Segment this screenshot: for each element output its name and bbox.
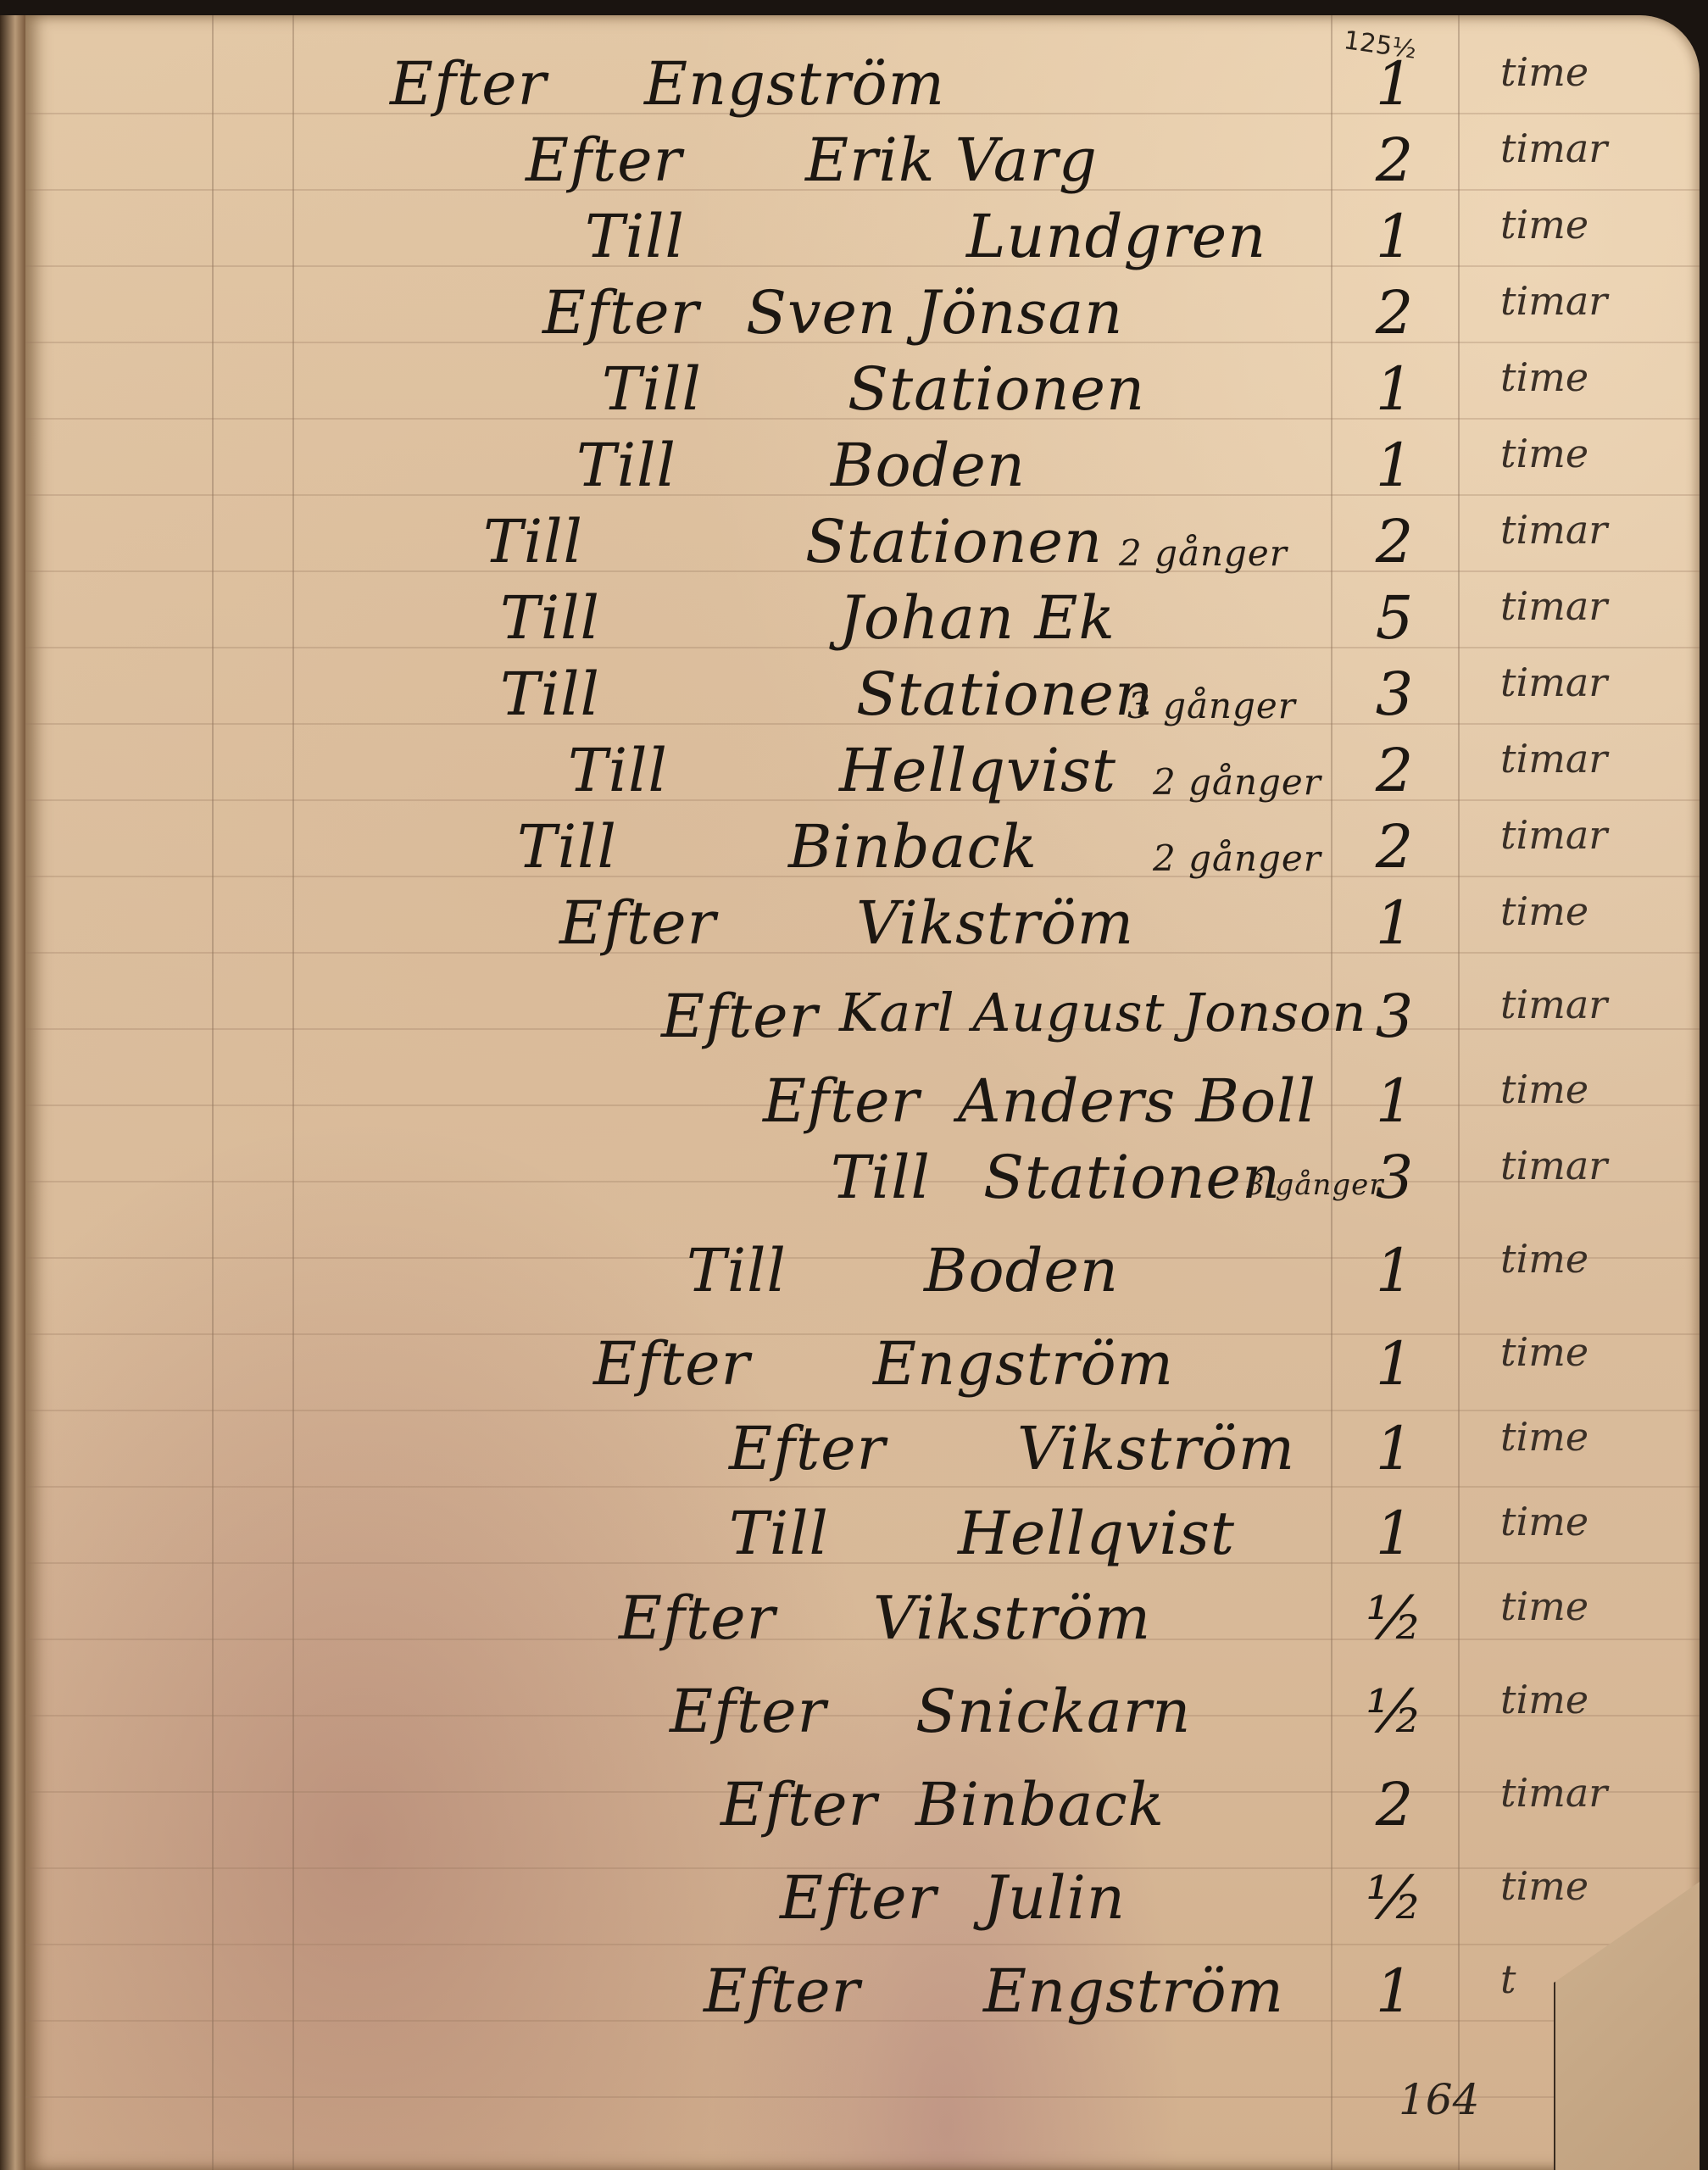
entry-unit: timar — [1500, 1770, 1607, 1816]
entry-place: Snickarn — [915, 1677, 1191, 1746]
entry-place: Binback — [788, 812, 1038, 882]
entry-place: Lundgren — [966, 202, 1266, 271]
entry-quantity: 1 — [1356, 49, 1433, 119]
entry-place: Binback — [915, 1770, 1165, 1839]
entry-times: 3 gånger — [1127, 685, 1296, 726]
entry-place: Stationen — [805, 507, 1103, 576]
entry-unit: timar — [1500, 507, 1607, 553]
entry-place: Vikström — [1017, 1414, 1295, 1483]
entry-verb: Till — [500, 583, 600, 653]
entry-quantity: 2 — [1356, 1770, 1433, 1839]
ledger-entry: Till Hellqvist 1 time — [25, 1499, 1700, 1575]
entry-quantity: 2 — [1356, 125, 1433, 195]
ledger-entry: Till Stationen 3 gånger 3 timar — [25, 659, 1700, 736]
entry-unit: time — [1500, 1329, 1588, 1375]
entry-quantity: 1 — [1356, 202, 1433, 271]
entry-place: Boden — [831, 431, 1026, 500]
entry-unit: time — [1500, 1677, 1588, 1722]
entry-verb: Efter — [661, 982, 818, 1051]
entry-verb: Efter — [526, 125, 682, 195]
entry-unit: time — [1500, 202, 1588, 248]
entry-place: Julin — [983, 1863, 1126, 1933]
entry-unit: time — [1500, 1863, 1588, 1909]
entry-place: Boden — [924, 1236, 1119, 1305]
ruled-line — [25, 1410, 1700, 1411]
entry-unit: timar — [1500, 812, 1607, 858]
entry-quantity: 3 — [1356, 659, 1433, 729]
entry-unit: time — [1500, 49, 1588, 95]
entry-unit: time — [1500, 431, 1588, 476]
entry-verb: Till — [517, 812, 617, 882]
ruled-line — [25, 1944, 1700, 1945]
entry-verb: Efter — [670, 1677, 826, 1746]
entry-unit: timar — [1500, 125, 1607, 171]
entry-place: Erik Varg — [805, 125, 1098, 195]
entry-place: Johan Ek — [839, 583, 1115, 653]
ledger-entry: Efter Julin ½ time — [25, 1863, 1700, 1939]
entry-verb: Efter — [619, 1583, 776, 1653]
entry-place: Sven Jönsan — [746, 278, 1123, 348]
entry-verb: Efter — [780, 1863, 937, 1933]
entry-unit: time — [1500, 1414, 1588, 1460]
ledger-entry: Till Lundgren 1 time — [25, 202, 1700, 278]
entry-verb: Till — [831, 1143, 931, 1212]
entry-quantity: ½ — [1356, 1677, 1433, 1746]
entry-place: Stationen — [983, 1143, 1281, 1212]
ledger-entry: Efter Vikström 1 time — [25, 1414, 1700, 1490]
ledger-entry: Till Boden 1 time — [25, 431, 1700, 507]
entry-place: Engström — [873, 1329, 1174, 1399]
ledger-entry: Efter Engström 1 time — [25, 1329, 1700, 1405]
ledger-entry: Efter Engström 1 time — [25, 49, 1700, 125]
entry-quantity: 1 — [1356, 1066, 1433, 1136]
entry-unit: timar — [1500, 982, 1607, 1027]
entry-times: 2 gånger — [1119, 532, 1288, 574]
entry-verb: Efter — [559, 888, 716, 958]
entry-place: Hellqvist — [839, 736, 1116, 805]
entry-verb: Efter — [763, 1066, 920, 1136]
entry-unit: timar — [1500, 1143, 1607, 1188]
entry-place: Engström — [644, 49, 945, 119]
ledger-entry: Till Johan Ek 5 timar — [25, 583, 1700, 659]
entry-unit: time — [1500, 1066, 1588, 1112]
ledger-entry: Till Binback 2 gånger 2 timar — [25, 812, 1700, 888]
entry-quantity: ½ — [1356, 1863, 1433, 1933]
entry-place: Karl August Jonson — [839, 982, 1366, 1043]
ledger-entry: Till Stationen 2 gånger 2 timar — [25, 507, 1700, 583]
ledger-entry: Efter Binback 2 timar — [25, 1770, 1700, 1846]
entry-quantity: 3 — [1356, 982, 1433, 1051]
entry-unit: time — [1500, 1583, 1588, 1629]
ledger-entry: Till Hellqvist 2 gånger 2 timar — [25, 736, 1700, 812]
entry-verb: Till — [568, 736, 668, 805]
entry-quantity: 1 — [1356, 1956, 1433, 2026]
entry-place: Anders Boll — [958, 1066, 1316, 1136]
entry-quantity: 2 — [1356, 278, 1433, 348]
entry-quantity: ½ — [1356, 1583, 1433, 1653]
entry-verb: Efter — [704, 1956, 860, 2026]
ledger-entry: Till Boden 1 time — [25, 1236, 1700, 1312]
book-spine — [0, 15, 25, 2170]
ledger-entry: Efter Snickarn ½ time — [25, 1677, 1700, 1753]
final-total: 164 — [1399, 2075, 1479, 2124]
ledger-page: 125½ Efter Engström 1 time Efter Erik Va… — [25, 15, 1700, 2170]
entry-quantity: 1 — [1356, 431, 1433, 500]
entry-quantity: 1 — [1356, 1414, 1433, 1483]
entry-verb: Efter — [729, 1414, 886, 1483]
entry-unit: timar — [1500, 736, 1607, 782]
entry-quantity: 1 — [1356, 1499, 1433, 1568]
ledger-entry: Till Stationen 3 gånger 3 timar — [25, 1143, 1700, 1219]
ledger-entry: Efter Engström 1 t — [25, 1956, 1700, 2033]
ledger-entry: Efter Vikström 1 time — [25, 888, 1700, 965]
ledger-entry: Efter Erik Varg 2 timar — [25, 125, 1700, 202]
entry-unit: timar — [1500, 583, 1607, 629]
entry-place: Stationen — [848, 354, 1145, 424]
entry-place: Stationen — [856, 659, 1154, 729]
entry-verb: Efter — [593, 1329, 750, 1399]
entry-verb: Till — [602, 354, 702, 424]
entry-quantity: 1 — [1356, 1236, 1433, 1305]
entry-verb: Efter — [390, 49, 547, 119]
ledger-entry: Efter Karl August Jonson 3 timar — [25, 982, 1700, 1058]
entry-place: Vikström — [873, 1583, 1151, 1653]
ledger-entry: Efter Anders Boll 1 time — [25, 1066, 1700, 1143]
entry-quantity: 2 — [1356, 736, 1433, 805]
ledger-entry: Till Stationen 1 time — [25, 354, 1700, 431]
entry-place: Vikström — [856, 888, 1134, 958]
entry-verb: Till — [576, 431, 676, 500]
entry-verb: Till — [687, 1236, 787, 1305]
entry-times: 2 gånger — [1153, 761, 1321, 803]
entry-verb: Till — [729, 1499, 829, 1568]
entry-quantity: 5 — [1356, 583, 1433, 653]
entry-quantity: 2 — [1356, 507, 1433, 576]
entry-verb: Till — [483, 507, 583, 576]
entry-quantity: 1 — [1356, 354, 1433, 424]
entry-unit: timar — [1500, 659, 1607, 705]
ledger-entry: Efter Vikström ½ time — [25, 1583, 1700, 1660]
entry-verb: Efter — [542, 278, 699, 348]
entry-unit: time — [1500, 1236, 1588, 1282]
ledger-entry: Efter Sven Jönsan 2 timar — [25, 278, 1700, 354]
entry-verb: Till — [500, 659, 600, 729]
entry-verb: Till — [585, 202, 685, 271]
entry-place: Hellqvist — [958, 1499, 1235, 1568]
entry-verb: Efter — [720, 1770, 877, 1839]
entry-unit: time — [1500, 354, 1588, 400]
entry-times: 2 gånger — [1153, 837, 1321, 879]
entry-quantity: 3 — [1356, 1143, 1433, 1212]
entry-place: Engström — [983, 1956, 1284, 2026]
entry-unit: time — [1500, 888, 1588, 934]
entry-unit: t — [1500, 1956, 1516, 2002]
entry-quantity: 1 — [1356, 1329, 1433, 1399]
entry-unit: timar — [1500, 278, 1607, 324]
entry-quantity: 2 — [1356, 812, 1433, 882]
entry-quantity: 1 — [1356, 888, 1433, 958]
entry-unit: time — [1500, 1499, 1588, 1544]
